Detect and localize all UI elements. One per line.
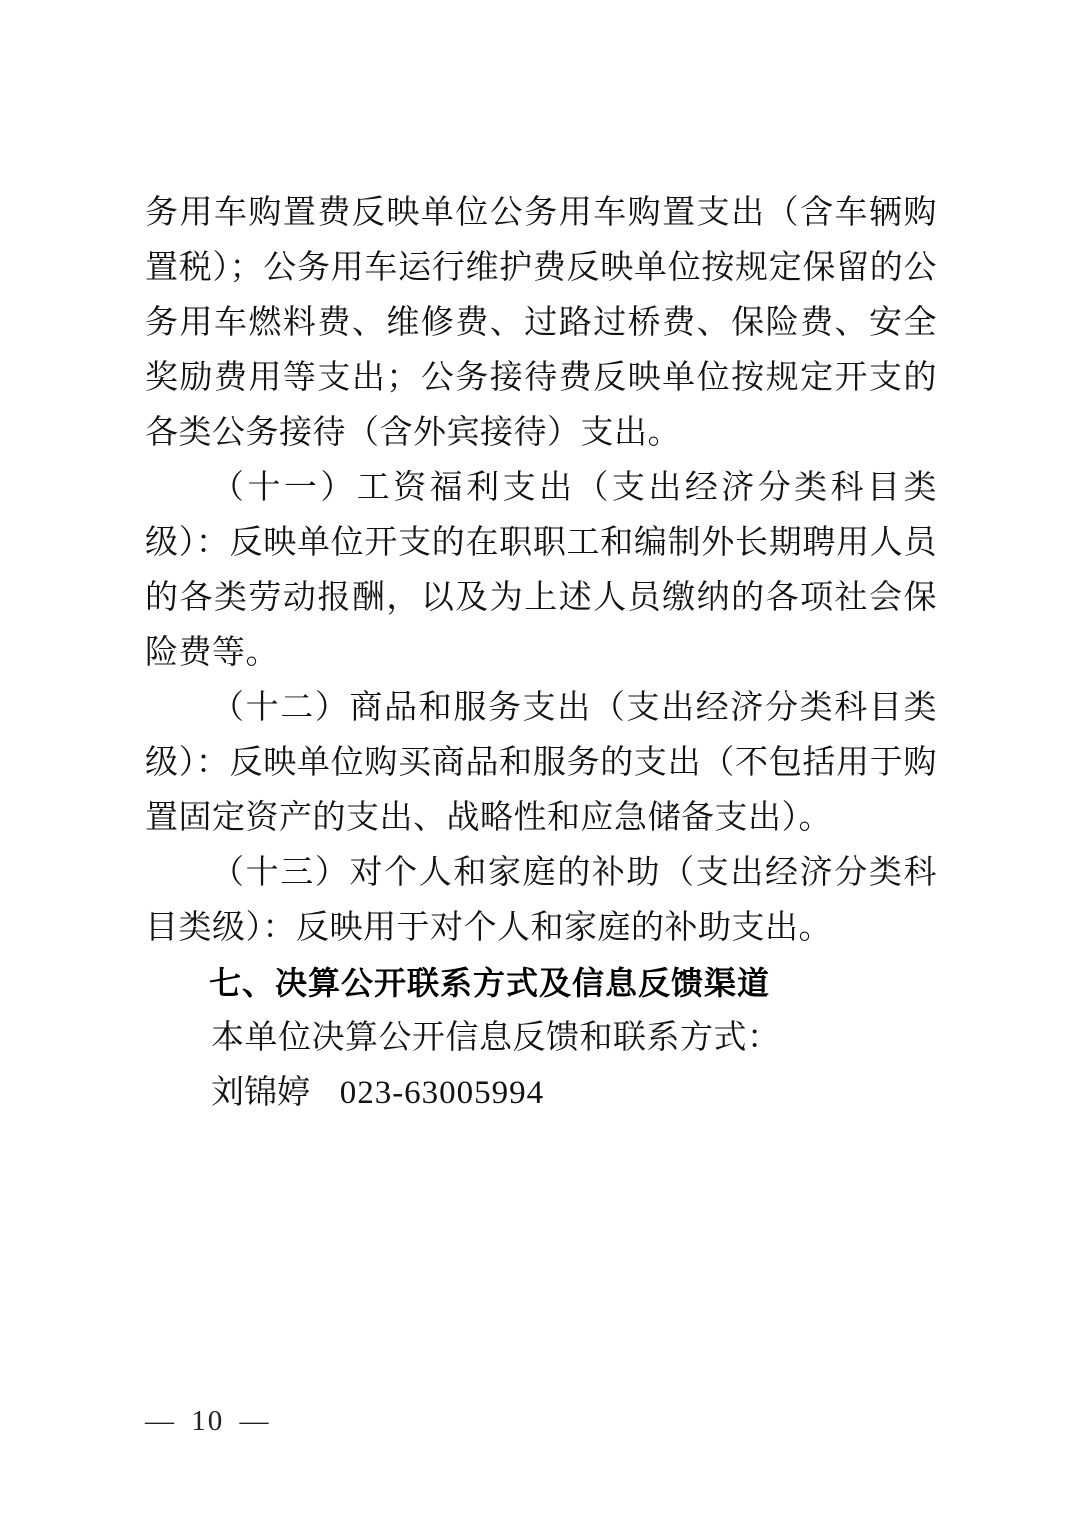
contact-line: 刘锦婷023-63005994	[145, 1066, 937, 1121]
document-page: 务用车购置费反映单位公务用车购置支出（含车辆购置税）；公务用车运行维护费反映单位…	[0, 0, 1075, 1520]
paragraph-contact-intro: 本单位决算公开信息反馈和联系方式：	[145, 1011, 937, 1066]
paragraph-item-12-goods-services: （十二）商品和服务支出（支出经济分类科目类级）：反映单位购买商品和服务的支出（不…	[145, 681, 937, 846]
paragraph-item-13-individual-family-subsidy: （十三）对个人和家庭的补助（支出经济分类科目类级）：反映用于对个人和家庭的补助支…	[145, 846, 937, 956]
page-footer: — 10 —	[145, 1404, 271, 1438]
contact-person-name: 刘锦婷	[211, 1075, 310, 1111]
paragraph-official-vehicle-expenses: 务用车购置费反映单位公务用车购置支出（含车辆购置税）；公务用车运行维护费反映单位…	[145, 186, 937, 461]
page-number: — 10 —	[145, 1405, 271, 1437]
paragraph-item-11-wages-welfare: （十一）工资福利支出（支出经济分类科目类级）：反映单位开支的在职职工和编制外长期…	[145, 461, 937, 681]
section-heading-contact-feedback: 七、决算公开联系方式及信息反馈渠道	[145, 956, 937, 1011]
contact-phone-number: 023-63005994	[340, 1075, 545, 1111]
document-content: 务用车购置费反映单位公务用车购置支出（含车辆购置税）；公务用车运行维护费反映单位…	[145, 186, 937, 1121]
